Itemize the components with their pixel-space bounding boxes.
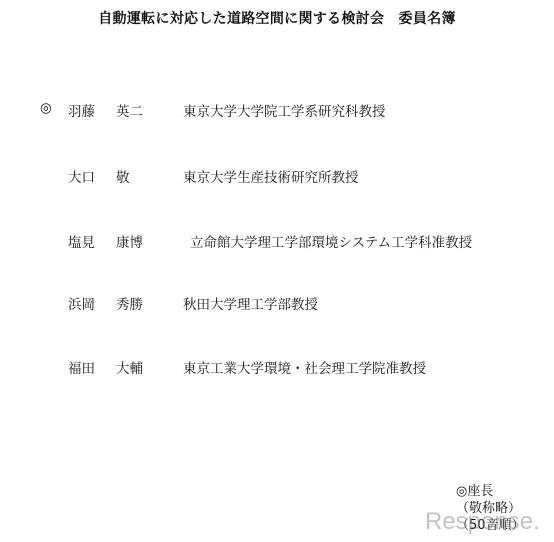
member-given-name: 大輔 — [116, 357, 143, 377]
member-given-name: 敬 — [116, 166, 130, 186]
chair-mark: ◎ — [40, 100, 52, 116]
member-given-name: 秀勝 — [116, 293, 143, 313]
member-surname: 羽藤 — [68, 100, 95, 120]
member-affiliation: 東京大学大学院工学系研究科教授 — [183, 100, 386, 120]
member-affiliation: 東京工業大学環境・社会理工学院准教授 — [183, 357, 426, 377]
legend-order: （50音順） — [456, 517, 525, 534]
member-affiliation: 東京大学生産技術研究所教授 — [183, 166, 359, 186]
document-title: 自動運転に対応した道路空間に関する検討会 委員名簿 — [0, 8, 554, 28]
member-affiliation: 立命館大学理工学部環境システム工学科准教授 — [190, 231, 472, 251]
member-surname: 福田 — [68, 357, 95, 377]
member-affiliation: 秋田大学理工学部教授 — [183, 293, 318, 313]
member-given-name: 英二 — [116, 100, 143, 120]
legend-chair: ◎座長 — [456, 483, 525, 500]
member-surname: 浜岡 — [68, 293, 95, 313]
member-surname: 大口 — [68, 166, 95, 186]
legend-honorifics: （敬称略） — [456, 500, 525, 517]
member-surname: 塩見 — [68, 231, 95, 251]
member-given-name: 康博 — [116, 231, 143, 251]
legend-notes: ◎座長 （敬称略） （50音順） — [456, 483, 525, 534]
